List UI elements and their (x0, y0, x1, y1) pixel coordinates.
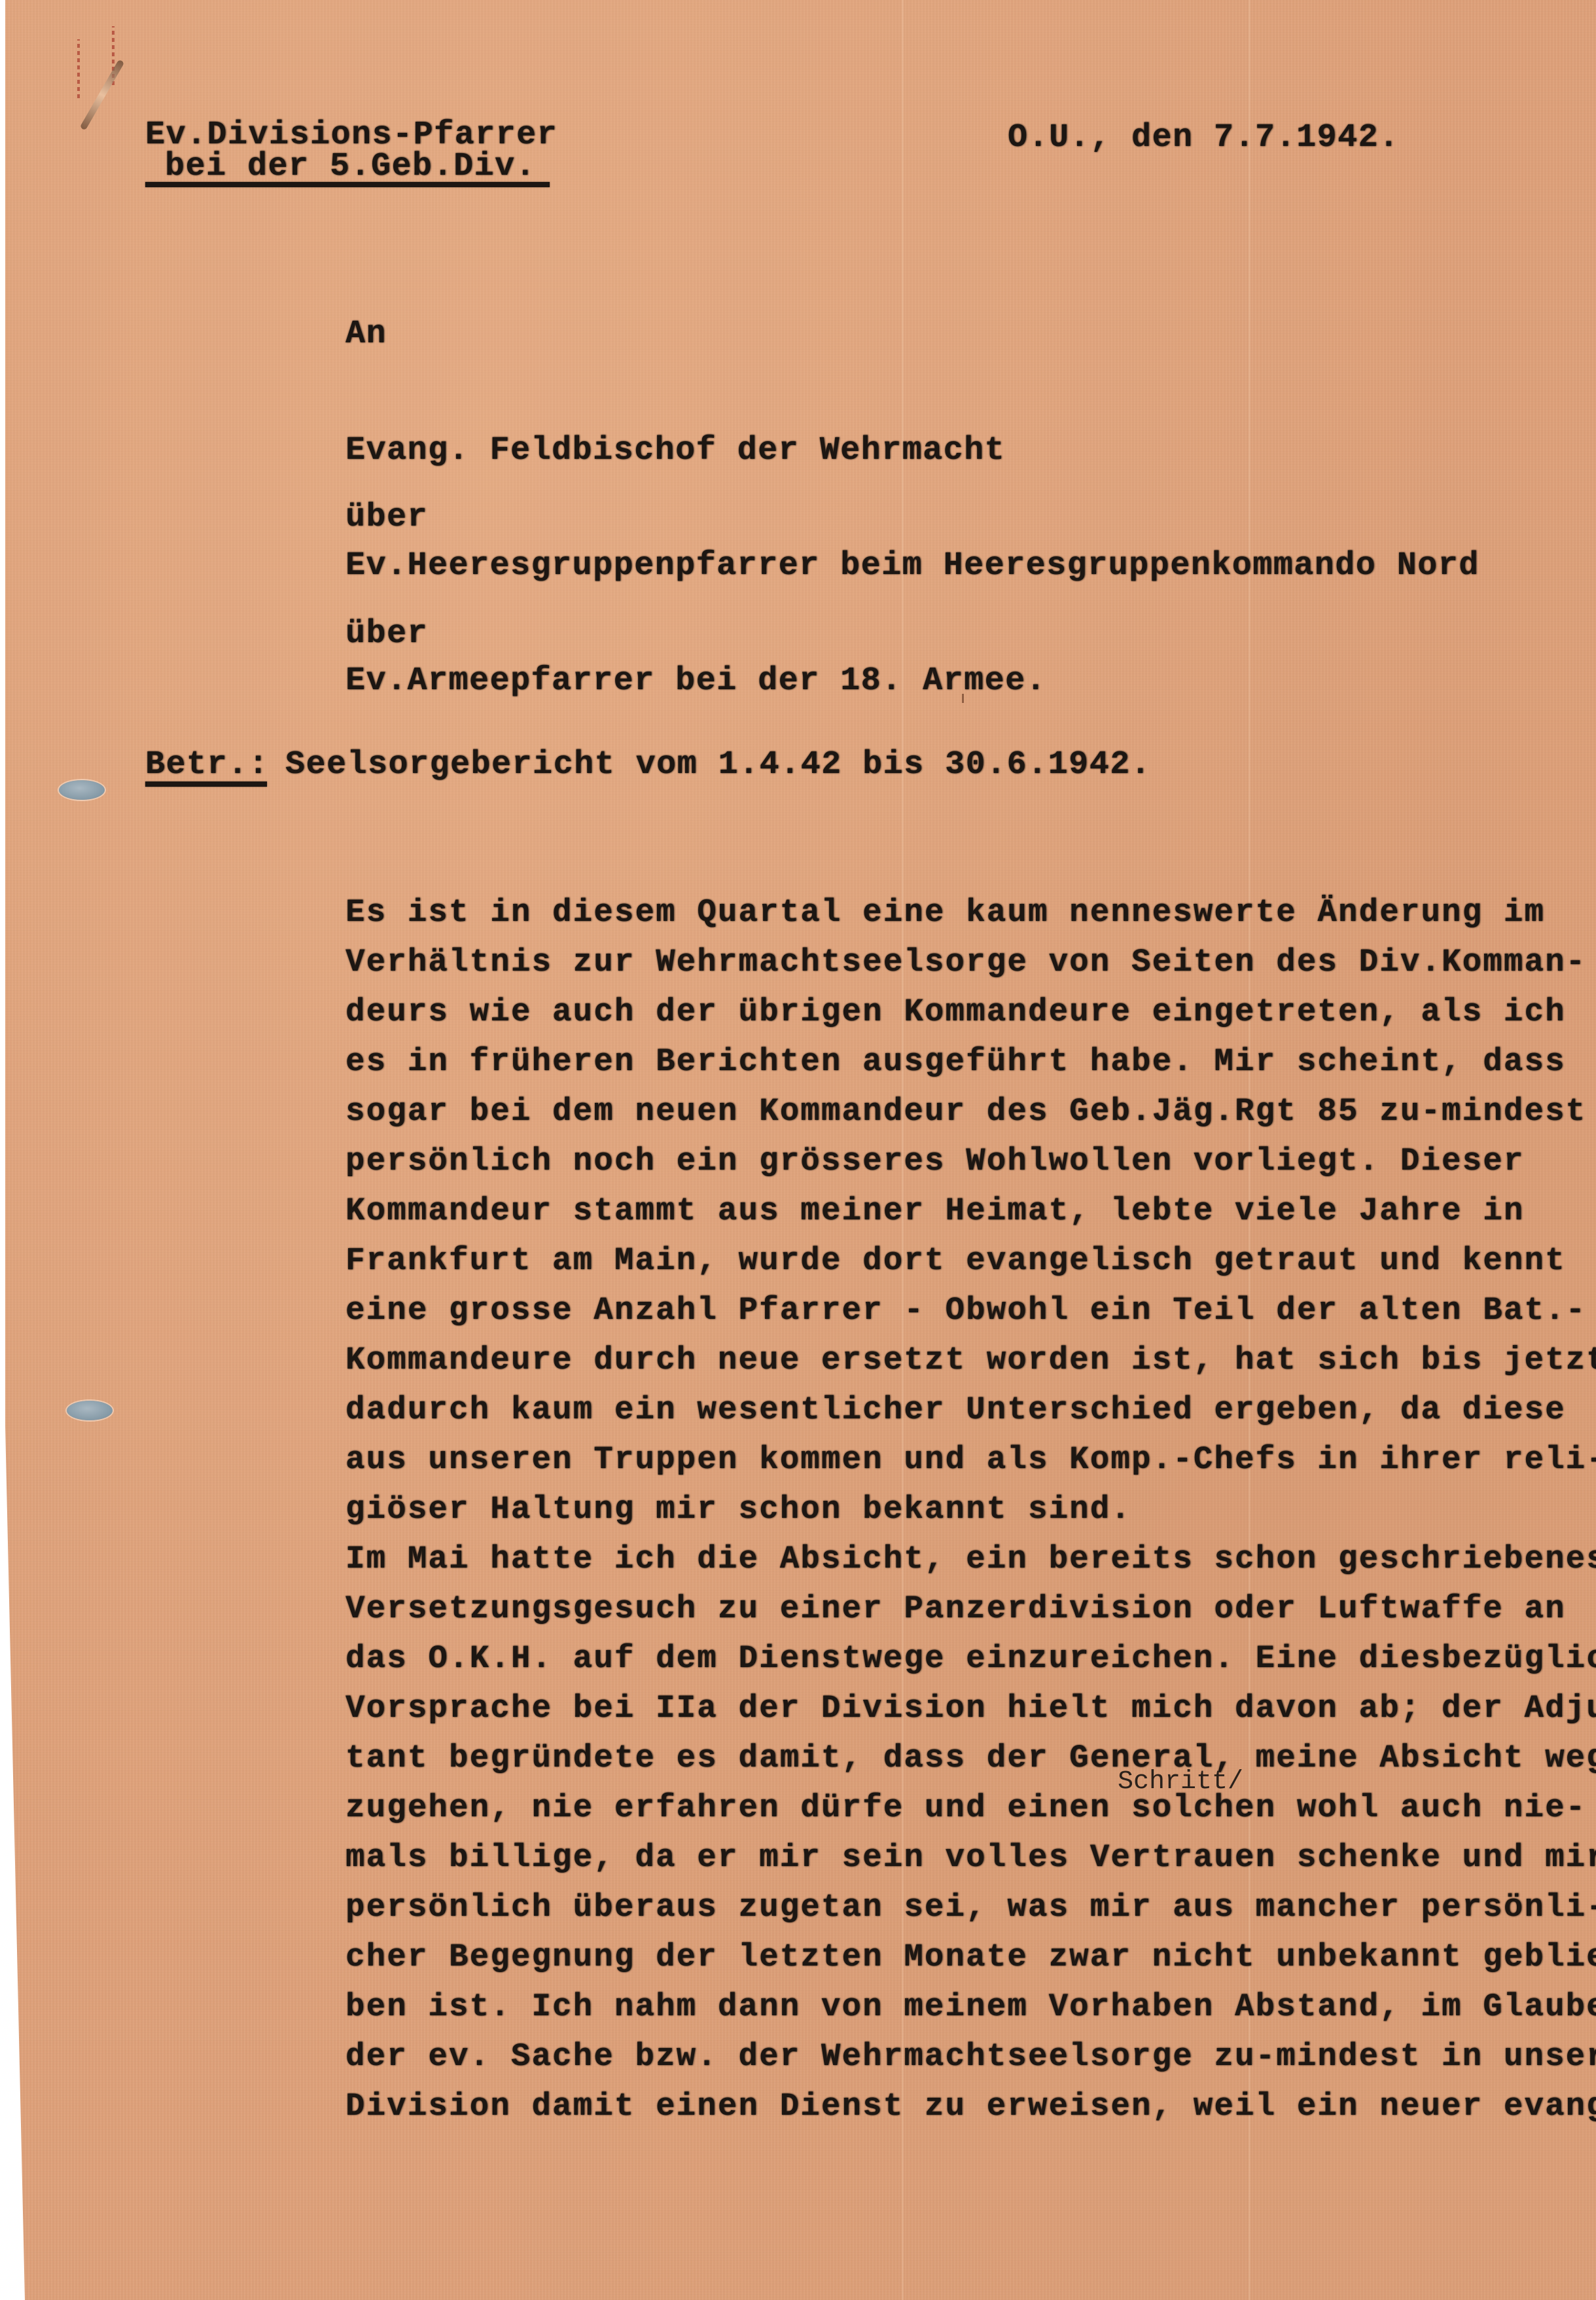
body-line: aus unseren Truppen kommen und als Komp.… (346, 1441, 1596, 1478)
body-line: der ev. Sache bzw. der Wehrmachtseelsorg… (346, 2038, 1596, 2075)
body-line: zugehen, nie erfahren dürfe und einen so… (346, 1789, 1586, 1826)
subject-underline (145, 782, 267, 787)
subject-label: Betr.: (145, 746, 269, 783)
body-line: Kommandeure durch neue ersetzt worden is… (346, 1342, 1596, 1378)
addressee: Evang. Feldbischof der Wehrmacht (346, 432, 1005, 469)
staple-mark-icon (80, 60, 125, 131)
body-line: Versetzungsgesuch zu einer Panzerdivisio… (346, 1590, 1566, 1627)
via-label-1: über (346, 499, 428, 536)
body-line: persönlich überaus zugetan sei, was mir … (346, 1889, 1596, 1926)
body-line: eine grosse Anzahl Pfarrer - Obwohl ein … (346, 1292, 1586, 1329)
sender-line-2: bei der 5.Geb.Div. (165, 148, 536, 185)
body-line: dadurch kaum ein wesentlicher Unterschie… (346, 1392, 1566, 1428)
body-line: Kommandeur stammt aus meiner Heimat, leb… (346, 1193, 1524, 1229)
via-label-2: über (346, 615, 428, 653)
body-line: das O.K.H. auf dem Dienstwege einzureich… (346, 1640, 1596, 1677)
body-line: ben ist. Ich nahm dann von meinem Vorhab… (346, 1988, 1596, 2025)
body-line: mals billige, da er mir sein volles Vert… (346, 1839, 1596, 1876)
body-line: Division damit einen Dienst zu erweisen,… (346, 2088, 1596, 2125)
place-date: O.U., den 7.7.1942. (1008, 119, 1400, 156)
body-line: Im Mai hatte ich die Absicht, ein bereit… (346, 1541, 1596, 1577)
body-line: giöser Haltung mir schon bekannt sind. (346, 1491, 1131, 1528)
body-line: deurs wie auch der übrigen Kommandeure e… (346, 994, 1566, 1030)
body-line: cher Begegnung der letzten Monate zwar n… (346, 1939, 1596, 1975)
rust-mark (77, 39, 80, 98)
punch-hole (67, 1401, 113, 1420)
body-line: Verhältnis zur Wehrmachtseelsorge von Se… (346, 944, 1586, 980)
body-line: Frankfurt am Main, wurde dort evangelisc… (346, 1242, 1566, 1279)
punch-hole (59, 780, 105, 800)
body-line: Es ist in diesem Quartal eine kaum nenne… (346, 894, 1545, 931)
via-recipient-1: Ev.Heeresgruppenpfarrer beim Heeresgrupp… (346, 547, 1480, 584)
body-line: sogar bei dem neuen Kommandeur des Geb.J… (346, 1093, 1586, 1130)
salutation: An (346, 315, 387, 353)
body-line: Vorsprache bei IIa der Division hielt mi… (346, 1690, 1596, 1727)
subject-text: Seelsorgebericht vom 1.4.42 bis 30.6.194… (285, 746, 1151, 783)
body-line: es in früheren Berichten ausgeführt habe… (346, 1043, 1566, 1080)
body-line: tant begründete es damit, dass der Gener… (346, 1740, 1596, 1776)
sender-underline (145, 182, 550, 187)
via-recipient-2: Ev.Armeepfarrer bei der 18. Armee. (346, 662, 1046, 700)
body-line: persönlich noch ein grösseres Wohlwollen… (346, 1143, 1524, 1179)
